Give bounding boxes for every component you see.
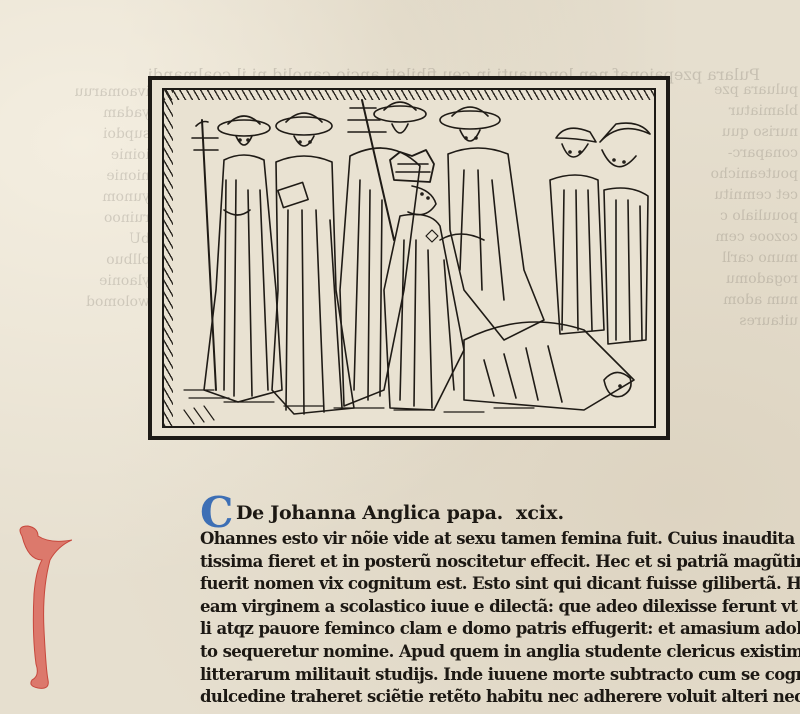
- bleed-line: uitaures: [662, 311, 798, 332]
- bleed-line: ylaonie: [60, 271, 150, 292]
- bleed-line: num adom: [662, 290, 798, 311]
- bleed-line: yadam: [60, 103, 150, 124]
- woodcut-scene: [162, 88, 656, 428]
- bleed-line: pouulialo c: [662, 206, 798, 227]
- body-text: Ohannes esto vir nõie vide at sexu tamen…: [66, 528, 790, 709]
- woodcut-line-art: [164, 90, 656, 428]
- bleed-line: ioinie: [60, 145, 150, 166]
- bleed-line: cet cemnitu: [662, 185, 798, 206]
- folio-number: xcix.: [516, 502, 564, 524]
- red-initial-letter-icon: [14, 522, 72, 692]
- bleed-line: bU: [60, 229, 150, 250]
- text-line: to sequeretur nomine. Apud quem in angli…: [66, 641, 790, 664]
- cardinal-with-papal-cross-figure: [340, 100, 426, 406]
- bleed-line: rogadomu: [662, 269, 798, 290]
- text-line: Ohannes esto vir nõie vide at sexu tamen…: [66, 528, 790, 551]
- bleed-line: puluara pze: [662, 80, 798, 101]
- bleed-through-right-column: puluara pze blamiatur nuriso quu conapar…: [662, 80, 798, 332]
- text-line: fuerit nomen vix cognitum est. Esto sint…: [66, 573, 790, 596]
- bleed-line: nionie: [60, 166, 150, 187]
- text-line: eam virginem a scolastico iuue e dilectã…: [66, 596, 790, 619]
- bleed-line: nuriso quu: [662, 122, 798, 143]
- bleed-line: wolomod: [60, 292, 150, 313]
- chapter-title: De Johanna Anglica papa.: [236, 502, 503, 524]
- document-page: Pulara pzepaionaf nen longuauti in ceu f…: [0, 0, 800, 714]
- cardinal-with-cross-figure: [192, 116, 282, 402]
- chapter-heading: C De Johanna Anglica papa. xcix.: [200, 496, 600, 530]
- text-line: tissima fieret et in posterũ noscitetur …: [66, 551, 790, 574]
- pope-joan-figure: [384, 150, 464, 410]
- text-line: dulcedine traheret sciẽtie retẽto habitu…: [66, 686, 790, 709]
- bleed-line: yunom: [60, 187, 150, 208]
- bleed-line: blamiatur: [662, 101, 798, 122]
- bleed-line: cozooe cem: [662, 227, 798, 248]
- layman-right-figure: [600, 123, 650, 344]
- bleed-line: ruinoo: [60, 208, 150, 229]
- bleed-line: conaparc-: [662, 143, 798, 164]
- bleed-line: ollbuo: [60, 250, 150, 271]
- woodcut-illustration: [148, 76, 670, 440]
- text-line: litterarum militauit studijs. Inde iuuen…: [66, 664, 790, 687]
- bleed-line: muno carll: [662, 248, 798, 269]
- bleed-through-left-column: ivaomaruu yadam supdoi ioinie nionie yun…: [60, 82, 150, 313]
- bleed-line: pouteanicho: [662, 164, 798, 185]
- layman-left-figure: [550, 128, 604, 334]
- floor-hatching-icon: [184, 390, 534, 424]
- text-line: li atqz pauore feminco clam e domo patri…: [66, 618, 790, 641]
- bleed-line: supdoi: [60, 124, 150, 145]
- bleed-line: ivaomaruu: [60, 82, 150, 103]
